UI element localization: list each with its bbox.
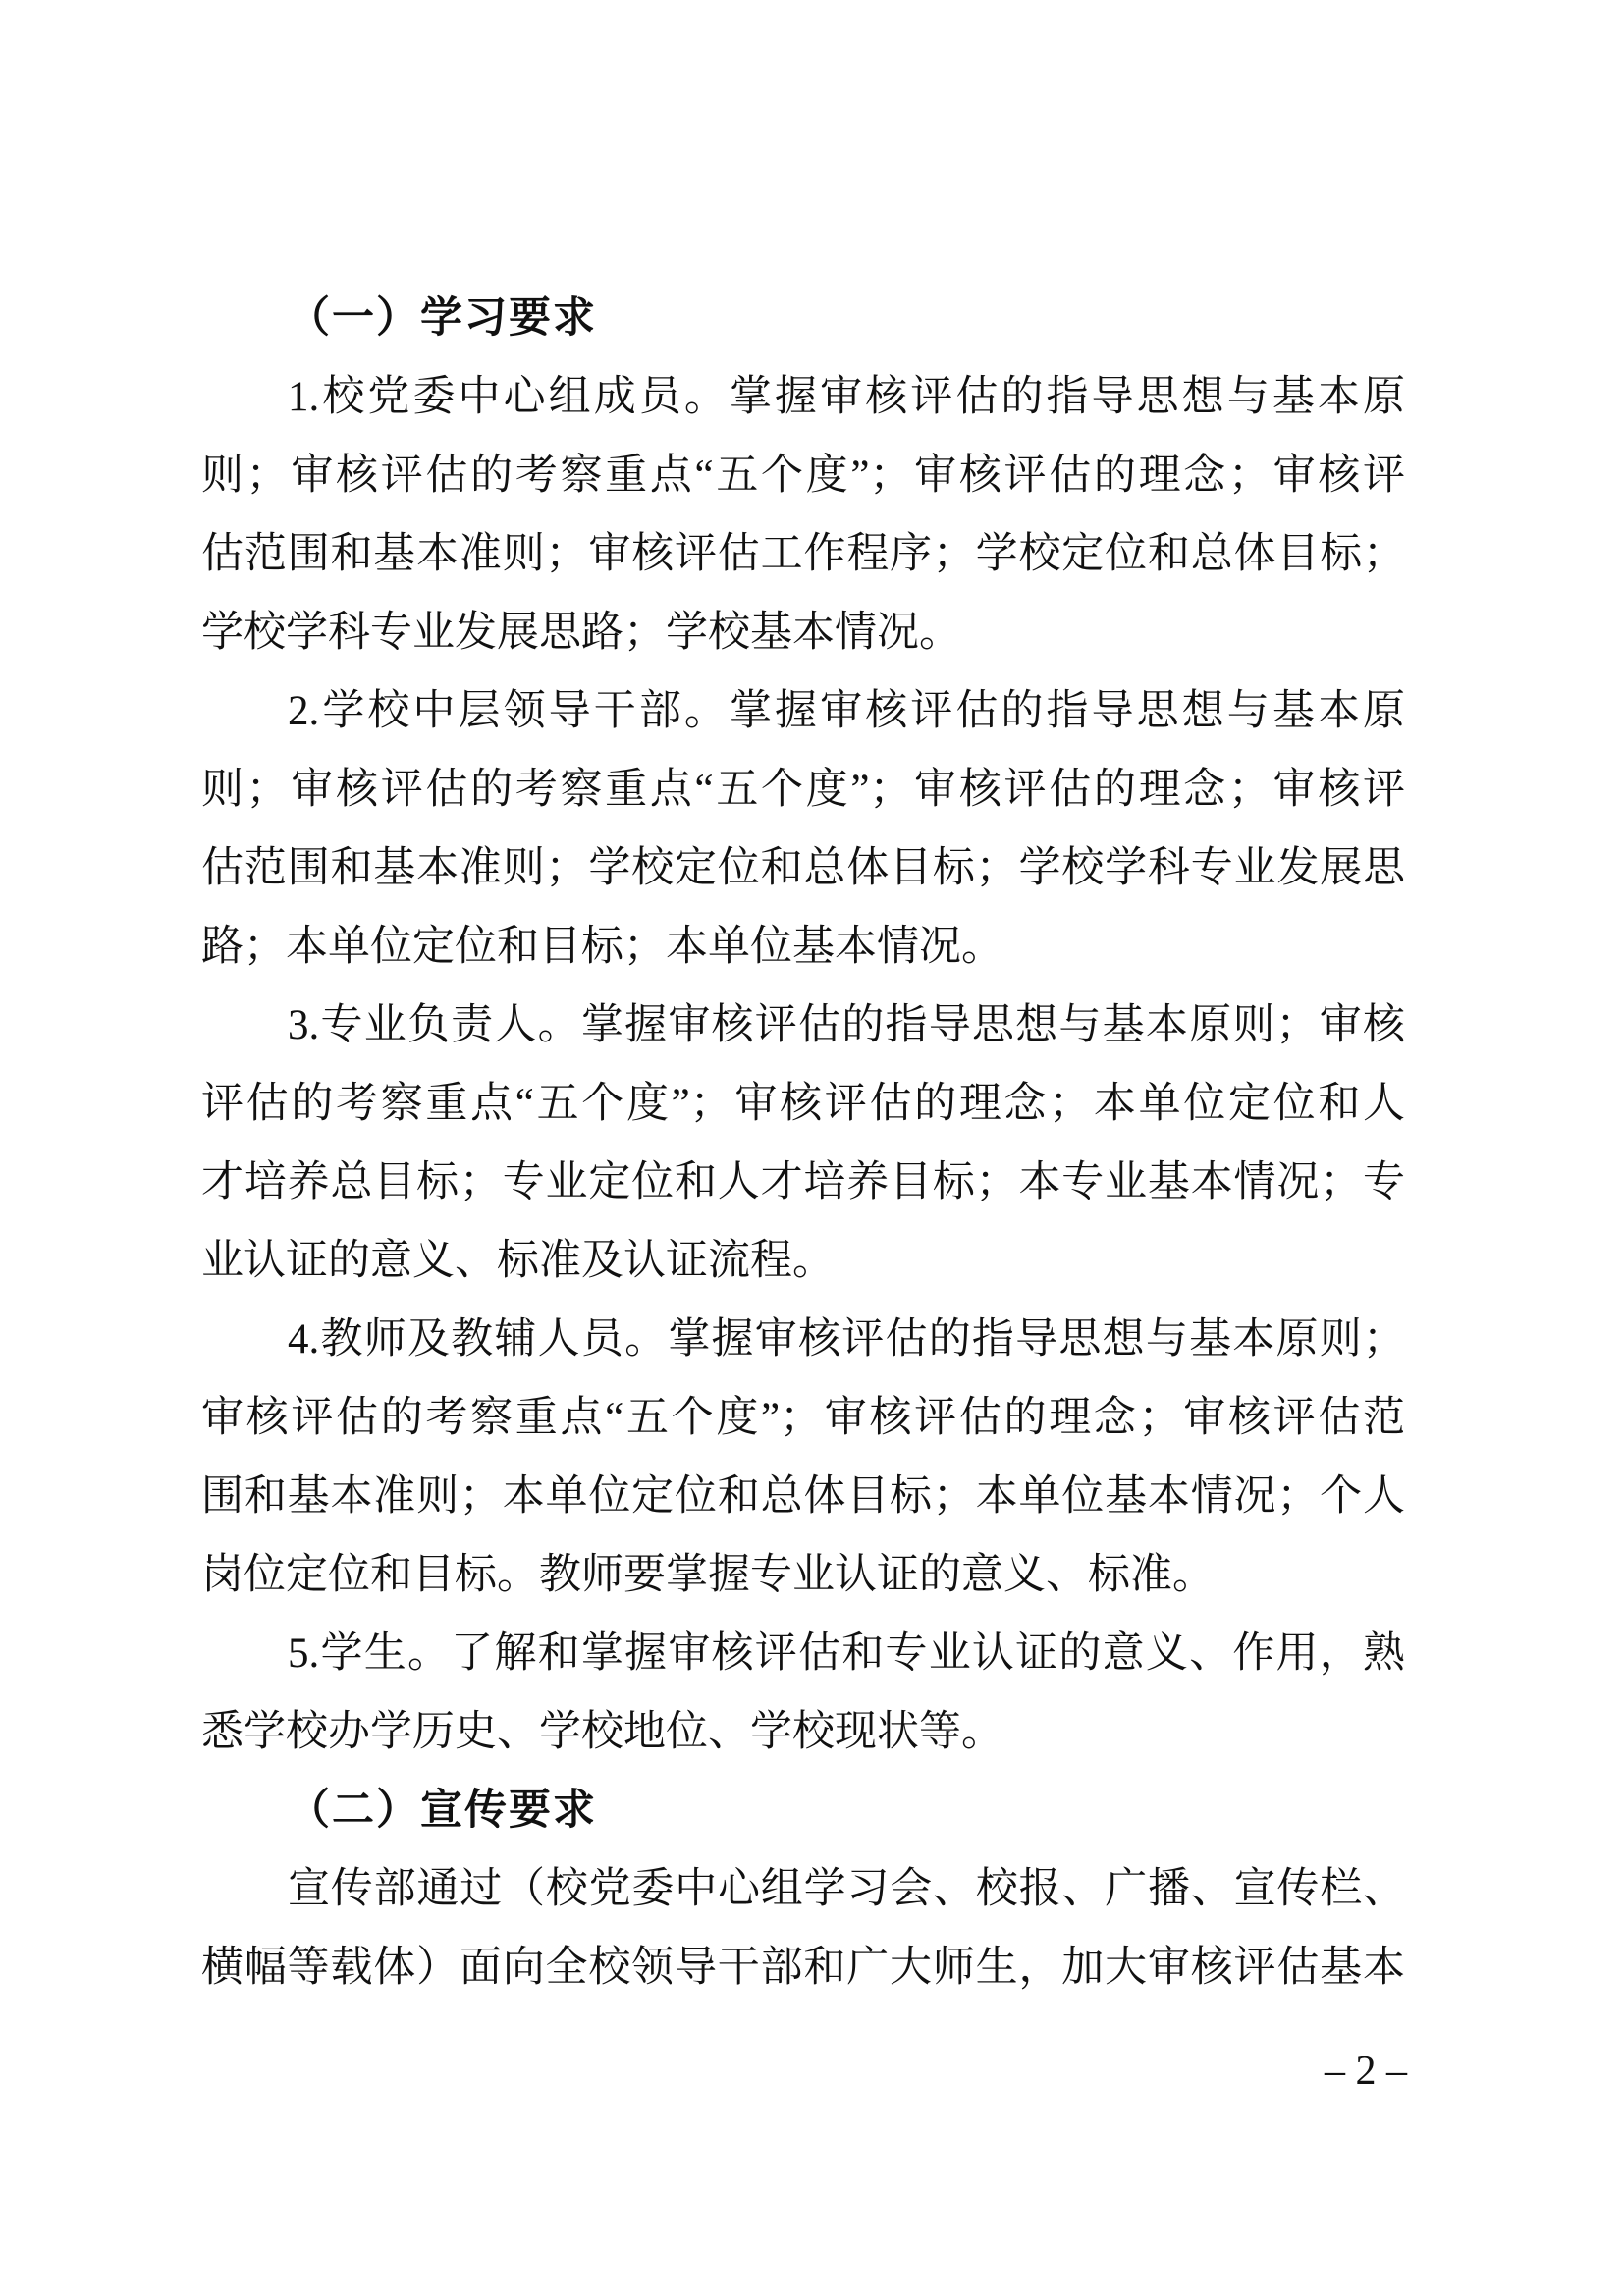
doc-line: 5.学生。了解和掌握审核评估和专业认证的意义、作用，熟 <box>201 1615 1405 1693</box>
doc-line: 宣传部通过（校党委中心组学习会、校报、广播、宣传栏、 <box>201 1850 1405 1929</box>
doc-line: 估范围和基本准则；审核评估工作程序；学校定位和总体目标； <box>201 515 1405 594</box>
doc-line: 则；审核评估的考察重点“五个度”；审核评估的理念；审核评 <box>201 751 1405 829</box>
doc-line: 3.专业负责人。掌握审核评估的指导思想与基本原则；审核 <box>201 987 1405 1065</box>
doc-line: 学校学科专业发展思路；学校基本情况。 <box>201 594 1405 672</box>
document-body: （一）学习要求 1.校党委中心组成员。掌握审核评估的指导思想与基本原 则；审核评… <box>201 280 1405 2007</box>
doc-line: 评估的考察重点“五个度”；审核评估的理念；本单位定位和人 <box>201 1065 1405 1144</box>
doc-line: 1.校党委中心组成员。掌握审核评估的指导思想与基本原 <box>201 358 1405 437</box>
doc-line: 才培养总目标；专业定位和人才培养目标；本专业基本情况；专 <box>201 1144 1405 1222</box>
doc-line: 横幅等载体）面向全校领导干部和广大师生，加大审核评估基本 <box>201 1929 1405 2007</box>
section-2-heading: （二）宣传要求 <box>201 1772 1405 1850</box>
doc-line: 2.学校中层领导干部。掌握审核评估的指导思想与基本原 <box>201 672 1405 751</box>
doc-line: 岗位定位和目标。教师要掌握专业认证的意义、标准。 <box>201 1536 1405 1615</box>
doc-line: 悉学校办学历史、学校地位、学校现状等。 <box>201 1693 1405 1772</box>
doc-line: 则；审核评估的考察重点“五个度”；审核评估的理念；审核评 <box>201 437 1405 515</box>
page-number: – 2 – <box>201 2047 1407 2096</box>
doc-line: 路；本单位定位和目标；本单位基本情况。 <box>201 908 1405 987</box>
doc-line: 4.教师及教辅人员。掌握审核评估的指导思想与基本原则； <box>201 1301 1405 1379</box>
doc-line: 业认证的意义、标准及认证流程。 <box>201 1222 1405 1301</box>
doc-line: 审核评估的考察重点“五个度”；审核评估的理念；审核评估范 <box>201 1379 1405 1458</box>
section-1-heading: （一）学习要求 <box>201 280 1405 358</box>
doc-line: 估范围和基本准则；学校定位和总体目标；学校学科专业发展思 <box>201 829 1405 908</box>
document-page: （一）学习要求 1.校党委中心组成员。掌握审核评估的指导思想与基本原 则；审核评… <box>0 0 1624 2296</box>
doc-line: 围和基本准则；本单位定位和总体目标；本单位基本情况；个人 <box>201 1458 1405 1536</box>
